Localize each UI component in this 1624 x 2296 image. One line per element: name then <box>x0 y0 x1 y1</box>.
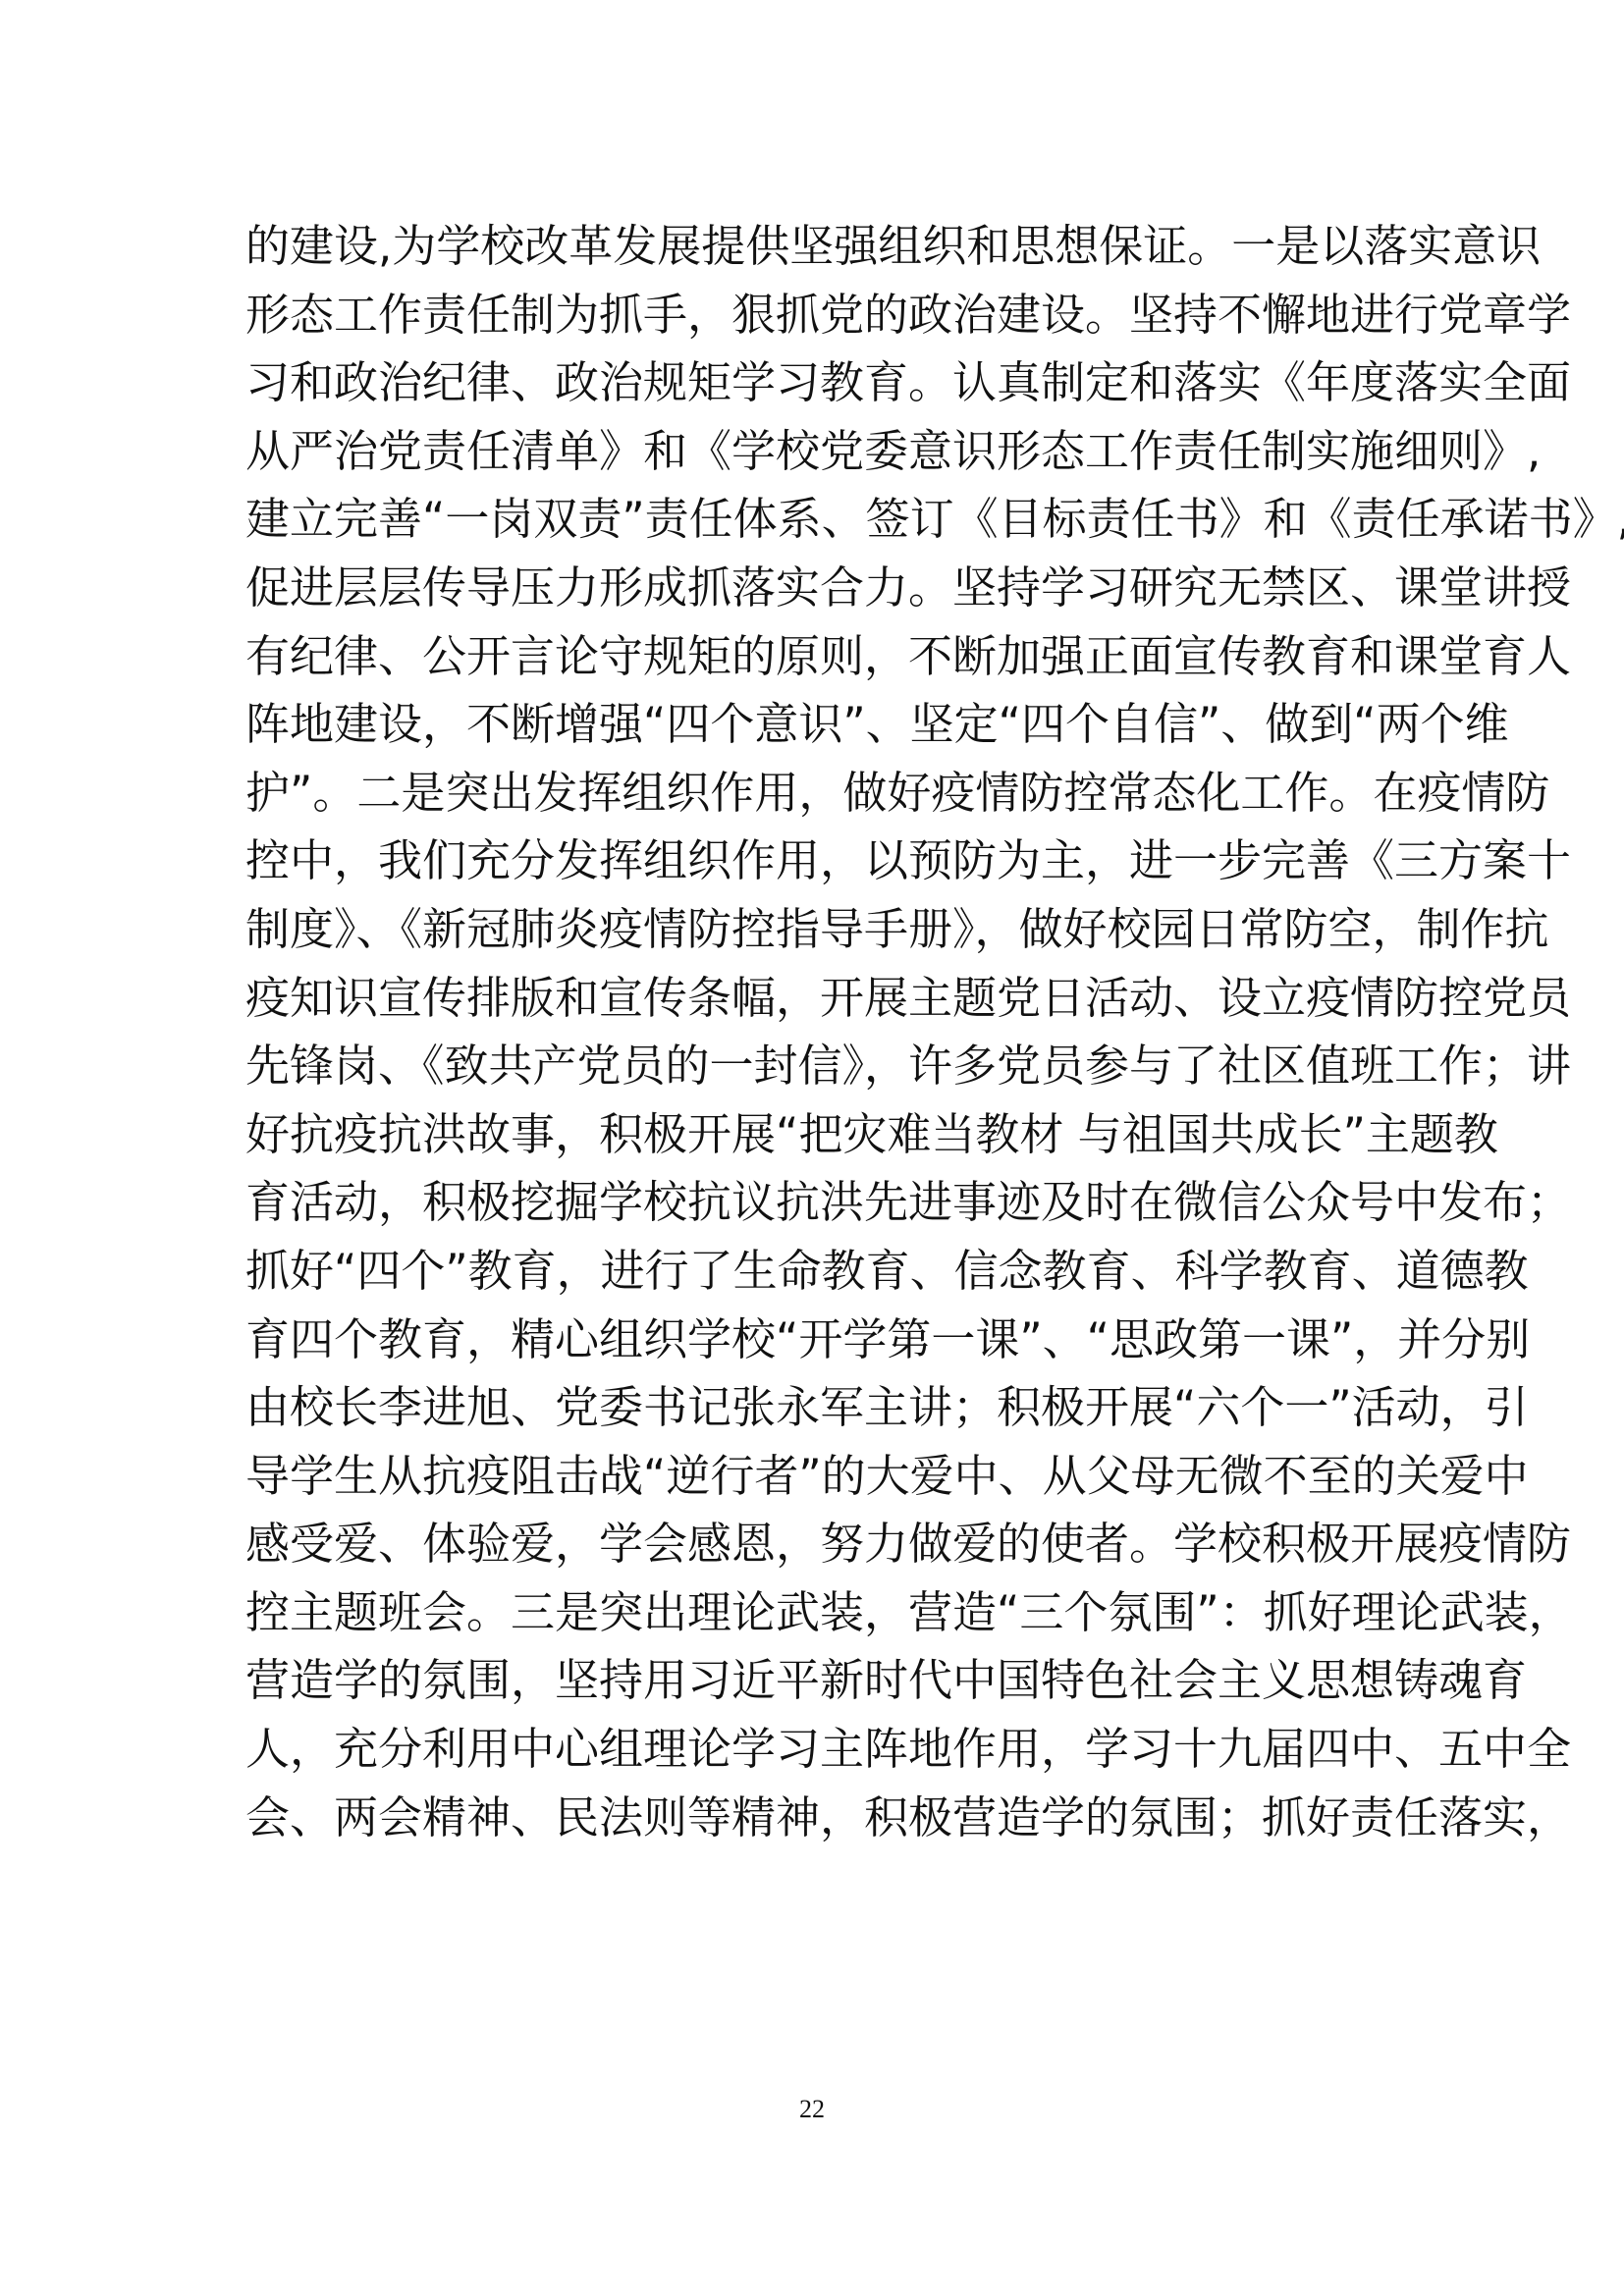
text-line: 感受爱、体验爱，学会感恩，努力做爱的使者。学校积极开展疫情防 <box>245 1510 1384 1578</box>
text-line: 会、两会精神、民法则等精神，积极营造学的氛围；抓好责任落实， <box>245 1784 1384 1852</box>
text-line: 好抗疫抗洪故事，积极开展“把灾难当教材 与祖国共成长”主题教 <box>245 1100 1384 1169</box>
text-line: 阵地建设，不断增强“四个意识”、坚定“四个自信”、做到“两个维 <box>245 690 1384 759</box>
text-line: 疫知识宣传排版和宣传条幅，开展主题党日活动、设立疫情防控党员 <box>245 964 1384 1033</box>
text-line: 导学生从抗疫阻击战“逆行者”的大爱中、从父母无微不至的关爱中 <box>245 1442 1384 1511</box>
text-line: 育活动，积极挖掘学校抗议抗洪先进事迹及时在微信公众号中发布； <box>245 1168 1384 1237</box>
text-line: 的建设,为学校改革发展提供坚强组织和思想保证。一是以落实意识 <box>245 212 1384 281</box>
text-line: 控主题班会。三是突出理论武装，营造“三个氛围”：抓好理论武装， <box>245 1578 1384 1647</box>
text-line: 抓好“四个”教育，进行了生命教育、信念教育、科学教育、道德教 <box>245 1237 1384 1306</box>
text-line: 控中，我们充分发挥组织作用，以预防为主，进一步完善《三方案十 <box>245 827 1384 895</box>
text-line: 育四个教育，精心组织学校“开学第一课”、“思政第一课”，并分别 <box>245 1306 1384 1374</box>
text-line: 建立完善“一岗双责”责任体系、签订《目标责任书》和《责任承诺书》, <box>245 485 1384 554</box>
text-line: 人，充分利用中心组理论学习主阵地作用，学习十九届四中、五中全 <box>245 1715 1384 1784</box>
text-line: 先锋岗、《致共产党员的一封信》，许多党员参与了社区值班工作；讲 <box>245 1032 1384 1100</box>
text-line: 习和政治纪律、政治规矩学习教育。认真制定和落实《年度落实全面 <box>245 348 1384 417</box>
text-line: 由校长李进旭、党委书记张永军主讲；积极开展“六个一”活动，引 <box>245 1373 1384 1442</box>
text-line: 形态工作责任制为抓手，狠抓党的政治建设。坚持不懈地进行党章学 <box>245 281 1384 349</box>
page-number: 22 <box>0 2095 1624 2124</box>
text-line: 制度》、《新冠肺炎疫情防控指导手册》，做好校园日常防空，制作抗 <box>245 895 1384 964</box>
document-page: 的建设,为学校改革发展提供坚强组织和思想保证。一是以落实意识 形态工作责任制为抓… <box>0 0 1624 2296</box>
text-line: 有纪律、公开言论守规矩的原则，不断加强正面宣传教育和课堂育人 <box>245 622 1384 691</box>
text-line: 促进层层传导压力形成抓落实合力。坚持学习研究无禁区、课堂讲授 <box>245 554 1384 622</box>
body-text: 的建设,为学校改革发展提供坚强组织和思想保证。一是以落实意识 形态工作责任制为抓… <box>245 212 1384 1851</box>
text-line: 营造学的氛围，坚持用习近平新时代中国特色社会主义思想铸魂育 <box>245 1646 1384 1715</box>
text-line: 护”。二是突出发挥组织作用，做好疫情防控常态化工作。在疫情防 <box>245 759 1384 828</box>
text-line: 从严治党责任清单》和《学校党委意识形态工作责任制实施细则》, <box>245 417 1384 486</box>
